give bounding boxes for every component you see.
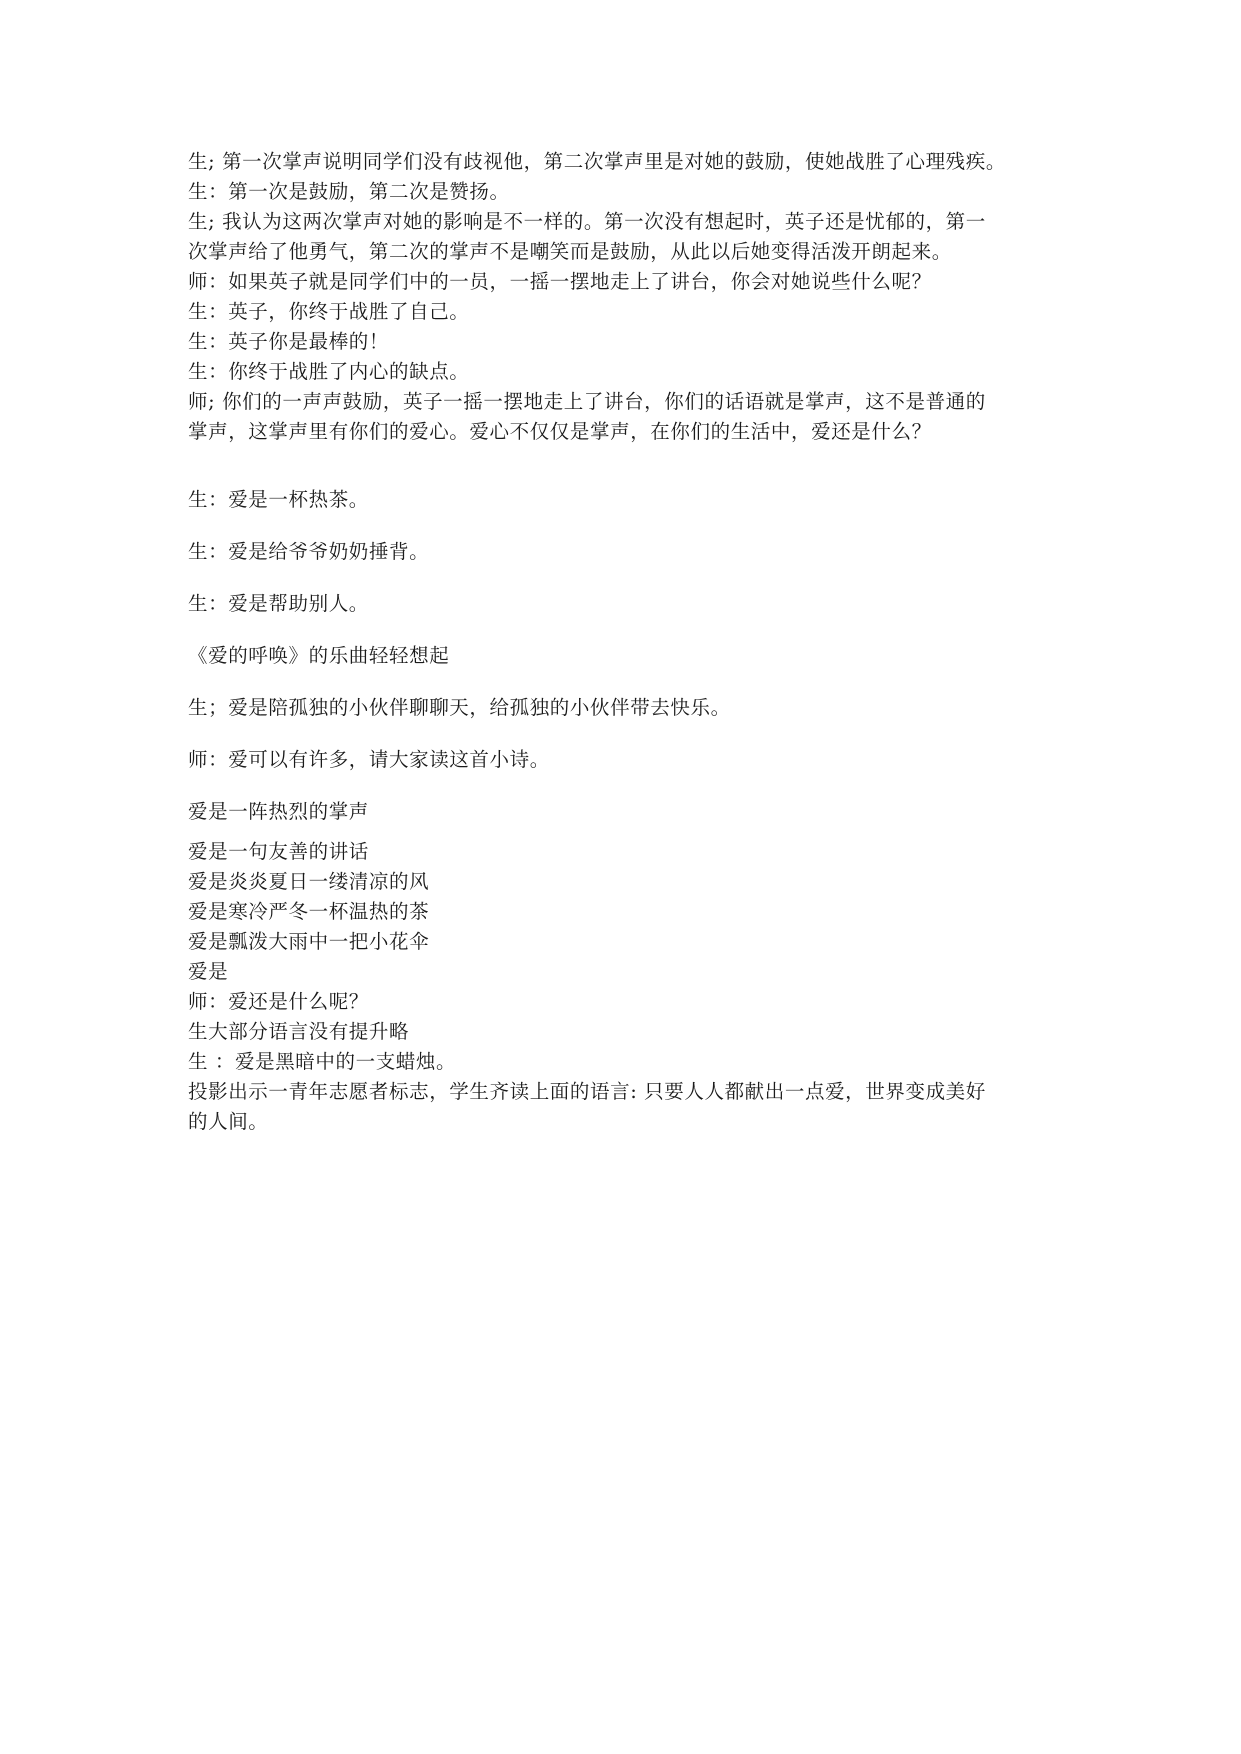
text-line: 生：第一次是鼓励，第二次是赞扬。	[188, 177, 1068, 207]
poem-line: 爱是一句友善的讲话	[188, 837, 1068, 867]
document-page: 生; 第一次掌声说明同学们没有歧视他，第二次掌声里是对她的鼓励，使她战胜了心理残…	[0, 0, 1241, 1754]
text-line: 生; 第一次掌声说明同学们没有歧视他，第二次掌声里是对她的鼓励，使她战胜了心理残…	[188, 147, 1068, 177]
text-line: 师：如果英子就是同学们中的一员，一摇一摆地走上了讲台，你会对她说些什么呢？	[188, 267, 1068, 297]
poem-line: 爱是	[188, 957, 1068, 987]
text-line: 生：爱是一杯热茶。	[188, 485, 1068, 515]
text-line: 生：爱是帮助别人。	[188, 589, 1068, 619]
text-line: 投影出示一青年志愿者标志，学生齐读上面的语言: 只要人人都献出一点爱，世界变成美…	[188, 1077, 1068, 1107]
text-line: 掌声，这掌声里有你们的爱心。爱心不仅仅是掌声，在你们的生活中，爱还是什么？	[188, 417, 1068, 447]
text-line: 生：英子你是最棒的！	[188, 327, 1068, 357]
text-line: 师：爱还是什么呢？	[188, 987, 1068, 1017]
text-line: 次掌声给了他勇气，第二次的掌声不是嘲笑而是鼓励，从此以后她变得活泼开朗起来。	[188, 237, 1068, 267]
text-line: 生大部分语言没有提升略	[188, 1017, 1068, 1047]
poem-line: 爱是一阵热烈的掌声	[188, 797, 1068, 827]
text-line: 生 ：爱是黑暗中的一支蜡烛。	[188, 1047, 1068, 1077]
poem-line: 爱是瓢泼大雨中一把小花伞	[188, 927, 1068, 957]
text-line: 生；爱是陪孤独的小伙伴聊聊天，给孤独的小伙伴带去快乐。	[188, 693, 1068, 723]
poem-line: 爱是寒冷严冬一杯温热的茶	[188, 897, 1068, 927]
poem-line: 爱是炎炎夏日一缕清凉的风	[188, 867, 1068, 897]
text-line: 生：你终于战胜了内心的缺点。	[188, 357, 1068, 387]
text-line: 的人间。	[188, 1107, 1068, 1137]
text-line: 师：爱可以有许多，请大家读这首小诗。	[188, 745, 1068, 775]
text-line: 生; 我认为这两次掌声对她的影响是不一样的。第一次没有想起时，英子还是忧郁的，第…	[188, 207, 1068, 237]
text-line: 生：爱是给爷爷奶奶捶背。	[188, 537, 1068, 567]
text-line: 师; 你们的一声声鼓励，英子一摇一摆地走上了讲台，你们的话语就是掌声，这不是普通…	[188, 387, 1068, 417]
text-line: 生：英子，你终于战胜了自己。	[188, 297, 1068, 327]
text-line: 《爱的呼唤》的乐曲轻轻想起	[188, 641, 1068, 671]
